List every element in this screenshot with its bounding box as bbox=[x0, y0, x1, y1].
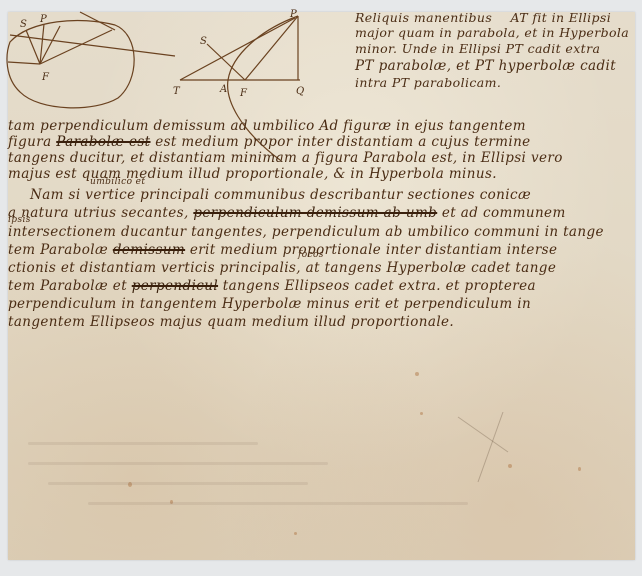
foxing-stain bbox=[415, 372, 419, 376]
body-line: figura Parabolæ est est medium propor in… bbox=[8, 134, 531, 150]
body-text: a natura utrius secantes, bbox=[8, 205, 193, 221]
svg-text:T: T bbox=[173, 86, 181, 97]
body-text: intersectionem ducantur tangentes, perpe… bbox=[8, 224, 604, 240]
manuscript-page: S P F S P T A F Q Reliquis manentibus AT… bbox=[8, 12, 635, 560]
svg-text:F: F bbox=[41, 72, 50, 83]
body-text: erit medium proportionale inter distanti… bbox=[185, 242, 557, 258]
bleed-through bbox=[28, 462, 328, 465]
svg-text:S: S bbox=[200, 36, 207, 47]
faint-cross-mark bbox=[448, 412, 528, 492]
struck-text: demissum bbox=[113, 242, 185, 258]
body-line: perpendiculum in tangentem Hyperbolæ min… bbox=[8, 296, 531, 312]
body-text: tangens Ellipseos cadet extra. et propte… bbox=[218, 278, 536, 294]
svg-text:S: S bbox=[20, 19, 27, 30]
svg-text:A: A bbox=[219, 84, 227, 95]
note-line: minor. Unde in Ellipsi PT cadit extra bbox=[355, 41, 600, 56]
bleed-through bbox=[88, 502, 468, 505]
body-text: Nam si vertice principali communibus des… bbox=[30, 187, 531, 203]
body-line: focos ctionis et distantiam verticis pri… bbox=[8, 260, 556, 276]
note-line: Reliquis manentibus AT fit in Ellipsi bbox=[355, 10, 611, 25]
svg-text:P: P bbox=[289, 9, 297, 20]
svg-text:F: F bbox=[239, 88, 248, 99]
body-text: figura bbox=[8, 134, 56, 150]
body-text: tem Parabolæ bbox=[8, 242, 113, 258]
insertion: umbilico et bbox=[90, 177, 145, 187]
struck-text: perpendiculum demissum ab umb bbox=[193, 205, 437, 221]
note-line: major quam in parabola, et in Hyperbola bbox=[355, 25, 629, 40]
insertion: focos bbox=[298, 250, 324, 260]
body-text: ctionis et distantiam verticis principal… bbox=[8, 260, 556, 276]
body-text: tem Parabolæ et bbox=[8, 278, 132, 294]
body-line: ipsis intersectionem ducantur tangentes,… bbox=[8, 224, 604, 240]
note-line: PT parabolæ, et PT hyperbolæ cadit bbox=[355, 58, 616, 74]
body-text: et ad communem bbox=[437, 205, 565, 221]
foxing-stain bbox=[578, 467, 581, 471]
foxing-stain bbox=[420, 412, 423, 415]
note-line: intra PT parabolicam. bbox=[355, 75, 501, 90]
note-text: AT fit in Ellipsi bbox=[511, 10, 612, 25]
foxing-stain bbox=[294, 532, 297, 535]
body-line: tangens ducitur, et distantiam minimam a… bbox=[8, 150, 563, 166]
struck-text: perpendicul bbox=[132, 278, 218, 294]
body-line: a natura utrius secantes, perpendiculum … bbox=[8, 205, 566, 221]
body-line: tem Parabolæ demissum erit medium propor… bbox=[8, 242, 557, 258]
body-line: tem Parabolæ et perpendicul tangens Elli… bbox=[8, 278, 536, 294]
svg-text:Q: Q bbox=[296, 86, 304, 97]
body-line: tam perpendiculum demissum ad umbilico A… bbox=[8, 118, 526, 134]
body-text: est medium propor inter distantiam a cuj… bbox=[151, 134, 531, 150]
svg-text:P: P bbox=[39, 14, 47, 25]
body-line: umbilico et Nam si vertice principali co… bbox=[30, 187, 531, 203]
struck-text: Parabolæ est bbox=[56, 134, 150, 150]
body-line: tangentem Ellipseos majus quam medium il… bbox=[8, 314, 454, 330]
note-text: Reliquis manentibus bbox=[355, 10, 492, 25]
insertion: ipsis bbox=[8, 215, 31, 225]
bleed-through bbox=[48, 482, 308, 485]
bleed-through bbox=[28, 442, 258, 445]
body-line: majus est quam medium illud proportional… bbox=[8, 166, 497, 182]
